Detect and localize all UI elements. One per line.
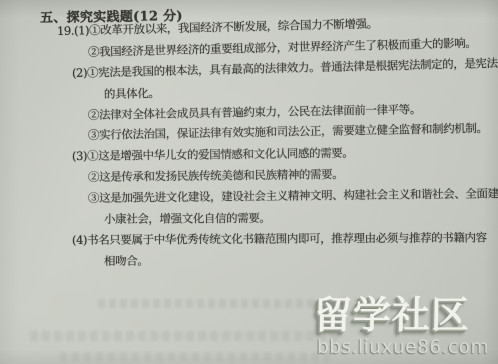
scanned-answer-sheet: 五、探究实践题(12 分) 19.(1)①改革开放以来，我国经济不断发展，综合国… <box>0 0 498 364</box>
watermark-brand-text: 留学社区 <box>314 296 490 336</box>
answer-text-block: 19.(1)①改革开放以来，我国经济不断发展，综合国力不断增强。 ②我国经济是世… <box>0 21 498 272</box>
answer-line: (4)书名只要属于中华优秀传统文化书籍范围内即可，推荐理由必须与推荐的书籍内容 <box>72 227 498 250</box>
reverse-side-bleed-through <box>30 331 340 341</box>
site-watermark: 留学社区 bbs.liuxue86.com <box>314 296 489 358</box>
watermark-site-url: bbs.liuxue86.com <box>317 337 489 358</box>
reverse-side-bleed-through <box>98 299 348 308</box>
answer-line: ③这是加强先进文化建设，建设社会主义精神文明、构建社会主义和谐社会、全面建成 <box>88 183 498 209</box>
reverse-side-bleed-through <box>60 352 330 361</box>
answer-line: 小康社会，增强文化自信的需要。 <box>104 207 498 230</box>
answer-line: 相吻合。 <box>104 248 498 271</box>
